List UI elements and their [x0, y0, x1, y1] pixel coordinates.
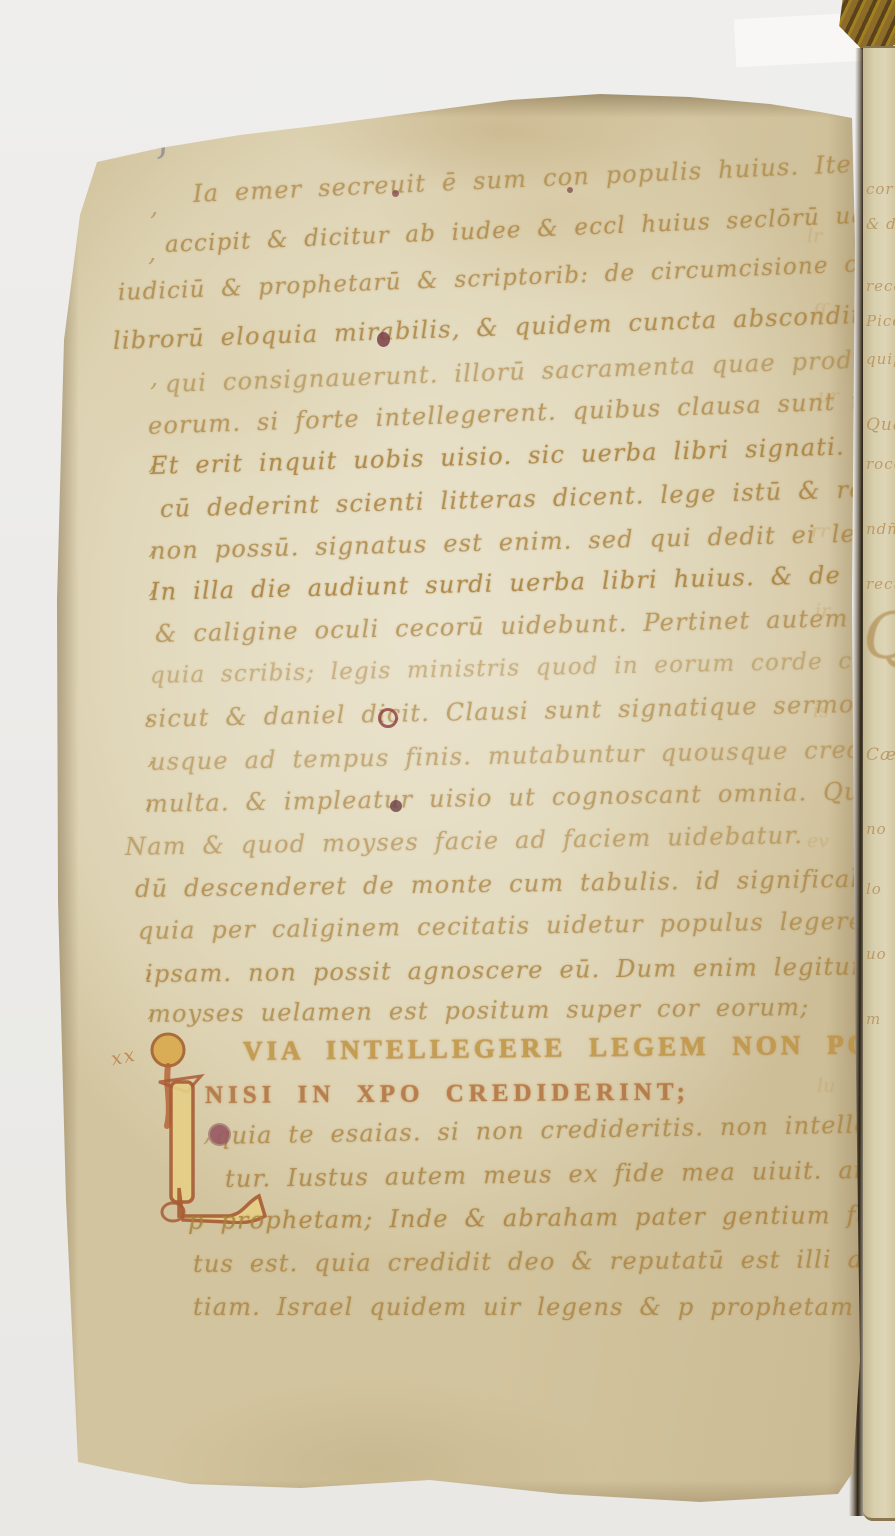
adjacent-page-fragment: uo: [866, 945, 887, 963]
adjacent-page-fragment: corre: [866, 180, 895, 198]
manuscript-line: dū descenderet de monte cum tabulis. id …: [135, 864, 894, 903]
margin-comma-mark: ,: [148, 238, 156, 268]
adjacent-page-fragment: lo: [866, 880, 882, 898]
manuscript-line: & caligine oculi cecorū uidebunt. Pertin…: [155, 602, 895, 648]
ink-spot: [210, 1125, 229, 1144]
margin-comma-mark: ,: [150, 363, 158, 393]
showthrough-fragment: lu: [817, 1075, 835, 1097]
showthrough-fragment: is: [813, 700, 829, 722]
adjacent-page-fragment: rect: [866, 575, 895, 593]
manuscript-line: tiam. Israel quidem uir legens & p proph…: [193, 1293, 895, 1321]
manuscript-line: librorū eloquia mirabilis, & quidem cunc…: [113, 297, 895, 355]
ink-spot: [390, 800, 402, 812]
showthrough-fragment: ir: [815, 600, 830, 622]
manuscript-line: ipsam. non possit agnoscere eū. Dum enim…: [145, 952, 864, 988]
manuscript-line: multa. & impleatur uisio ut cognoscant o…: [145, 777, 886, 818]
showthrough-fragment: ſſ: [813, 300, 827, 322]
adjacent-page-fragment: Quæ: [866, 415, 895, 435]
manuscript-line: Et erit inquit uobis uisio. sic uerba li…: [150, 430, 895, 480]
ink-spot: [378, 708, 398, 728]
manuscript-line: quia scribis; legis ministris quod in eo…: [150, 645, 895, 689]
manuscript-line: tus est. quia credidit deo & reputatū es…: [193, 1245, 895, 1278]
showthrough-fragment: rr: [811, 520, 829, 542]
manuscript-line: cū dederint scienti litteras dicent. leg…: [160, 473, 895, 523]
manuscript-line: p prophetam; Inde & abraham pater gentiu…: [188, 1201, 887, 1235]
pencil-foliation-mark: 2 ſ: [102, 113, 182, 167]
adjacent-page-fragment: & d: [866, 215, 895, 233]
manuscript-line: Nam & quod moyses facie ad faciem uideba…: [125, 821, 804, 861]
manuscript-line: quia te esaias. si non credideritis. non…: [215, 1110, 895, 1150]
margin-squiggle: xx: [109, 1044, 138, 1071]
showthrough-fragment: lr: [807, 225, 822, 247]
manuscript-line: sicut & daniel dicit. Clausi sunt signat…: [145, 689, 895, 733]
parchment-page: 2 ſ , , , , , , , , , , , , Ia emer secr…: [55, 88, 861, 1510]
adjacent-page-fragment: no: [866, 820, 887, 838]
adjacent-page-fragment: ndñ: [866, 520, 895, 538]
manuscript-line: usque ad tempus finis. mutabuntur quousq…: [150, 733, 895, 776]
adjacent-page-fragment: quip: [866, 350, 895, 368]
manuscript-line: non possū. signatus est enim. sed qui de…: [150, 516, 895, 565]
ink-spot: [377, 332, 390, 347]
adjacent-page-fragment: Pice: [866, 312, 895, 330]
showthrough-fragment: ur: [818, 385, 839, 407]
margin-comma-mark: ,: [150, 192, 158, 222]
adjacent-page-fragment: roco: [866, 455, 895, 473]
ink-spot: [392, 190, 399, 197]
showthrough-fragment: ev: [807, 830, 829, 852]
adjacent-page-edge: corre & d reco Pice quip Quæ roco ndñ re…: [863, 46, 895, 1521]
adjacent-page-initial: Q: [863, 600, 895, 674]
rubric-line-1: VIA INTELLEGERE LEGEM NON POSSVNT: [243, 1028, 895, 1067]
manuscript-line: quia per caliginem cecitatis uidetur pop…: [138, 907, 865, 945]
adjacent-page-fragment: m: [866, 1010, 881, 1028]
manuscript-line: tur. Iustus autem meus ex fide mea uiuit…: [225, 1155, 895, 1193]
adjacent-page-fragment: Cæ: [866, 745, 895, 765]
manuscript-line: In illa die audiunt surdi uerba libri hu…: [150, 558, 895, 606]
ink-spot: [567, 187, 573, 193]
adjacent-page-fragment: reco: [866, 277, 895, 295]
photo-background: corre & d reco Pice quip Quæ roco ndñ re…: [0, 0, 895, 1536]
manuscript-line: Ia emer secreuit ē sum con populis huius…: [192, 145, 895, 208]
manuscript-line: moyses uelamen est positum super cor eor…: [148, 993, 810, 1028]
